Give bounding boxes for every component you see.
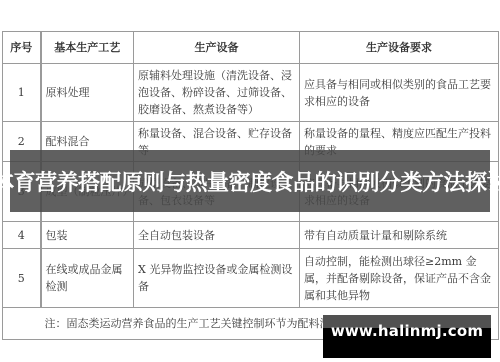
row-equipment: X 光异物监控设备或金属检测设备 xyxy=(134,249,300,308)
row-equipment: 原辅料处理设施（清洗设备、浸泡设备、粉碎设备、过筛设备、胶磨设备、熬煮设备等） xyxy=(134,64,300,122)
header-requirement: 生产设备要求 xyxy=(300,32,499,64)
row-no: 4 xyxy=(3,222,41,249)
table-header-row: 序号 基本生产工艺 生产设备 生产设备要求 xyxy=(3,32,499,64)
row-requirement: 自动控制，能检测出球径≥2mm 金属，并配备剔除设备，保证产品不含金属和其他异物 xyxy=(300,249,499,308)
title-banner: 体育营养搭配原则与热量密度食品的识别分类方法探讨 xyxy=(10,150,490,212)
row-process: 在线或成品金属检测 xyxy=(41,249,134,308)
watermark-text: www.halinmj.com xyxy=(323,322,491,340)
row-equipment: 全自动包装设备 xyxy=(134,222,300,249)
header-equipment: 生产设备 xyxy=(134,32,300,64)
table-row: 4 包装 全自动包装设备 带有自动质量计量和剔除系统 xyxy=(3,222,499,249)
table-row: 5 在线或成品金属检测 X 光异物监控设备或金属检测设备 自动控制，能检测出球径… xyxy=(3,249,499,308)
row-process: 包装 xyxy=(41,222,134,249)
header-no: 序号 xyxy=(3,32,41,64)
row-no: 5 xyxy=(3,249,41,308)
row-requirement: 应具备与相同或相似类别的食品工艺要求相应的设备 xyxy=(300,64,499,122)
row-requirement: 带有自动质量计量和剔除系统 xyxy=(300,222,499,249)
header-process: 基本生产工艺 xyxy=(41,32,134,64)
row-no: 1 xyxy=(3,64,41,122)
article-title: 体育营养搭配原则与热量密度食品的识别分类方法探讨 xyxy=(0,166,500,197)
table-row: 1 原料处理 原辅料处理设施（清洗设备、浸泡设备、粉碎设备、过筛设备、胶磨设备、… xyxy=(3,64,499,122)
row-process: 原料处理 xyxy=(41,64,134,122)
